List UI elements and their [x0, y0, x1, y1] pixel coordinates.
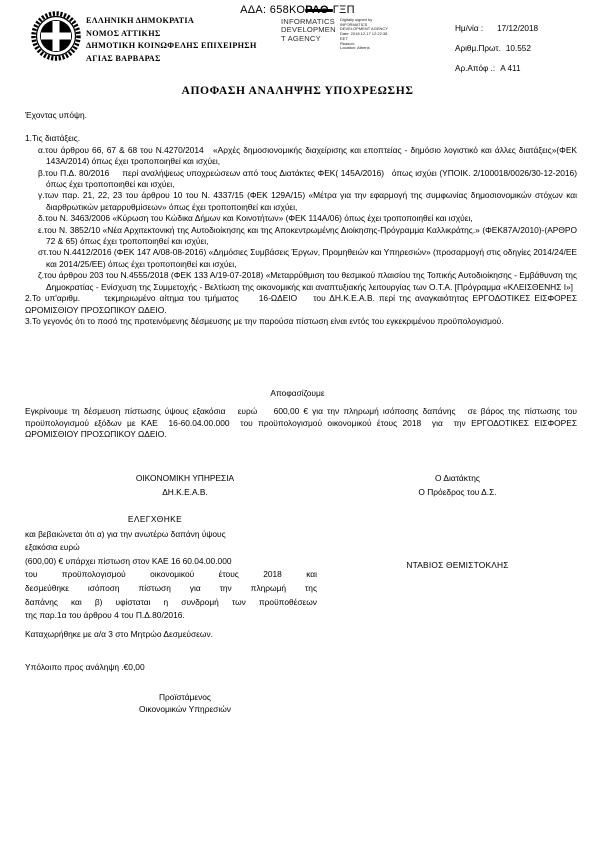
ada-code-suffix: ΓΞΠ: [333, 4, 355, 16]
date-row: Ημ/νία :17/12/2018: [455, 24, 538, 33]
verification-line: και βεβαιώνεται ότι α) για την ανωτέρω δ…: [25, 528, 317, 542]
date-value: 17/12/2018: [497, 24, 538, 33]
decision-document-page: ΑΔΑ: 658ΚΟΡΑΘ-ΓΞΠ ΕΛΛΗΝΙΚΗ ΔΗΜΟΚΡΑΤΙΑ ΝΟ…: [0, 0, 595, 842]
org-line-prefecture: ΝΟΜΟΣ ΑΤΤΙΚΗΣ: [86, 28, 257, 41]
informatics-agency-stamp: INFORMATICS DEVELOPMEN T AGENCY Digitall…: [281, 18, 336, 43]
authorizer-signblock: Ο Διατάκτης Ο Πρόεδρος του Δ.Σ.: [375, 471, 540, 499]
decide-heading: Αποφασίζουμε: [0, 388, 595, 398]
verification-line: του προϋπολογισμού οικονομικού έτους 201…: [25, 568, 317, 582]
protocol-label: Αριθμ.Πρωτ.: [455, 44, 501, 53]
verification-line: δεσμεύθηκε ισόποση πίστωση για την πληρω…: [25, 582, 317, 596]
registry-note: Καταχωρήθηκε με α/α 3 στο Μητρώο Δεσμεύσ…: [25, 629, 213, 639]
item1-heading: 1.Τις διατάξεις.: [25, 133, 577, 144]
financial-service-signblock: ΟΙΚΟΝΟΜΙΚΗ ΥΠΗΡΕΣΙΑ ΔΗ.Κ.Ε.Α.Β.: [70, 471, 300, 499]
clause-c: γ.των παρ. 21, 22, 23 του άρθρου 10 του …: [25, 190, 577, 213]
signer-name: ΝΤΑΒΙΟΣ ΘΕΜΙΣΤΟΚΛΗΣ: [375, 560, 540, 570]
ada-code-struck: ΡΑΘ-: [305, 4, 333, 16]
stamp-agency-name: INFORMATICS DEVELOPMEN T AGENCY: [281, 18, 336, 43]
ada-code-prefix: 658ΚΟ: [270, 4, 305, 16]
financial-service-label: ΟΙΚΟΝΟΜΙΚΗ ΥΠΗΡΕΣΙΑ: [70, 471, 300, 485]
dikeab-label: ΔΗ.Κ.Ε.Α.Β.: [70, 485, 300, 499]
balance-note: Υπόλοιπο προς ανάληψη .€0,00: [25, 662, 145, 672]
document-title: ΑΠΟΦΑΣΗ ΑΝΑΛΗΨΗΣ ΥΠΟΧΡΕΩΣΗΣ: [0, 84, 595, 97]
legal-basis-section: Έχοντας υπόψη. 1.Τις διατάξεις. α.του άρ…: [25, 110, 577, 327]
item3-paragraph: 3.Το γεγονός ότι το ποσό της προτεινόμεν…: [25, 316, 577, 327]
footer-role-department: Οικονομικών Υπηρεσιών: [85, 703, 285, 715]
item2-paragraph: 2.Το υπ'αριθμ. τεκμηριωμένο αίτημα του τ…: [25, 293, 577, 316]
organization-header: ΕΛΛΗΝΙΚΗ ΔΗΜΟΚΡΑΤΙΑ ΝΟΜΟΣ ΑΤΤΙΚΗΣ ΔΗΜΟΤΙ…: [86, 15, 257, 65]
decision-number-value: Α 411: [500, 64, 520, 73]
decision-number-label: Αρ.Απόφ .:: [455, 64, 495, 73]
date-label: Ημ/νία :: [455, 24, 483, 33]
decision-paragraph: Εγκρίνουμε τη δέσμευση πίστωσης ύψους εξ…: [25, 406, 577, 441]
org-line-republic: ΕΛΛΗΝΙΚΗ ΔΗΜΟΚΡΑΤΙΑ: [86, 15, 257, 28]
clause-st: στ.του Ν.4412/2016 (ΦΕΚ 147 Α/08-08-2016…: [25, 247, 577, 270]
verification-line: δαπάνης και β) υφίσταται η συνδρομή των …: [25, 596, 317, 610]
stamp-agency-line: T AGENCY: [281, 35, 336, 43]
greek-coat-of-arms-icon: [29, 9, 83, 63]
org-line-enterprise: ΔΗΜΟΤΙΚΗ ΚΟΙΝΩΦΕΛΗΣ ΕΠΙΧΕΙΡΗΣΗ: [86, 40, 257, 53]
document-meta: Ημ/νία :17/12/2018 Αριθμ.Πρωτ.10.552 Αρ.…: [455, 24, 538, 84]
footer-role-title: Προϊστάμενος: [85, 691, 285, 703]
board-president-label: Ο Πρόεδρος του Δ.Σ.: [375, 485, 540, 499]
verification-line: (600,00) € υπάρχει πίστωση στον ΚΑΕ 16 6…: [25, 555, 317, 569]
sig-detail-line: Location: Athens: [340, 46, 410, 51]
footer-role-block: Προϊστάμενος Οικονομικών Υπηρεσιών: [85, 691, 285, 716]
verification-line: εξακόσια ευρώ: [25, 541, 317, 555]
clause-a: α.του άρθρου 66, 67 & 68 του Ν.4270/2014…: [25, 145, 577, 168]
checked-heading: ΕΛΕΓΧΘΗΚΕ: [25, 513, 285, 527]
having-regard-line: Έχοντας υπόψη.: [25, 110, 577, 121]
verification-line: της παρ.1α του άρθρου 4 του Π.Δ.80/2016.: [25, 609, 317, 623]
protocol-row: Αριθμ.Πρωτ.10.552: [455, 44, 538, 53]
protocol-value: 10.552: [506, 44, 531, 53]
decision-number-row: Αρ.Απόφ .:Α 411: [455, 64, 538, 73]
clause-z: ζ.του άρθρου 203 του Ν.4555/2018 (ΦΕΚ 13…: [25, 270, 577, 293]
verification-block: ΕΛΕΓΧΘΗΚΕ και βεβαιώνεται ότι α) για την…: [25, 513, 317, 623]
clause-d: δ.του Ν. 3463/2006 «Κύρωση του Κώδικα Δή…: [25, 213, 577, 224]
authorizer-label: Ο Διατάκτης: [375, 471, 540, 485]
org-line-municipality: ΑΓΙΑΣ ΒΑΡΒΑΡΑΣ: [86, 53, 257, 66]
digital-signature-details: Digitally signed by INFORMATICS DEVELOPM…: [340, 18, 410, 51]
clause-e: ε.του Ν. 3852/10 «Νέα Αρχιτεκτονική της …: [25, 225, 577, 248]
clause-b: β.του Π.Δ. 80/2016 περί αναλήψεως υποχρε…: [25, 168, 577, 191]
